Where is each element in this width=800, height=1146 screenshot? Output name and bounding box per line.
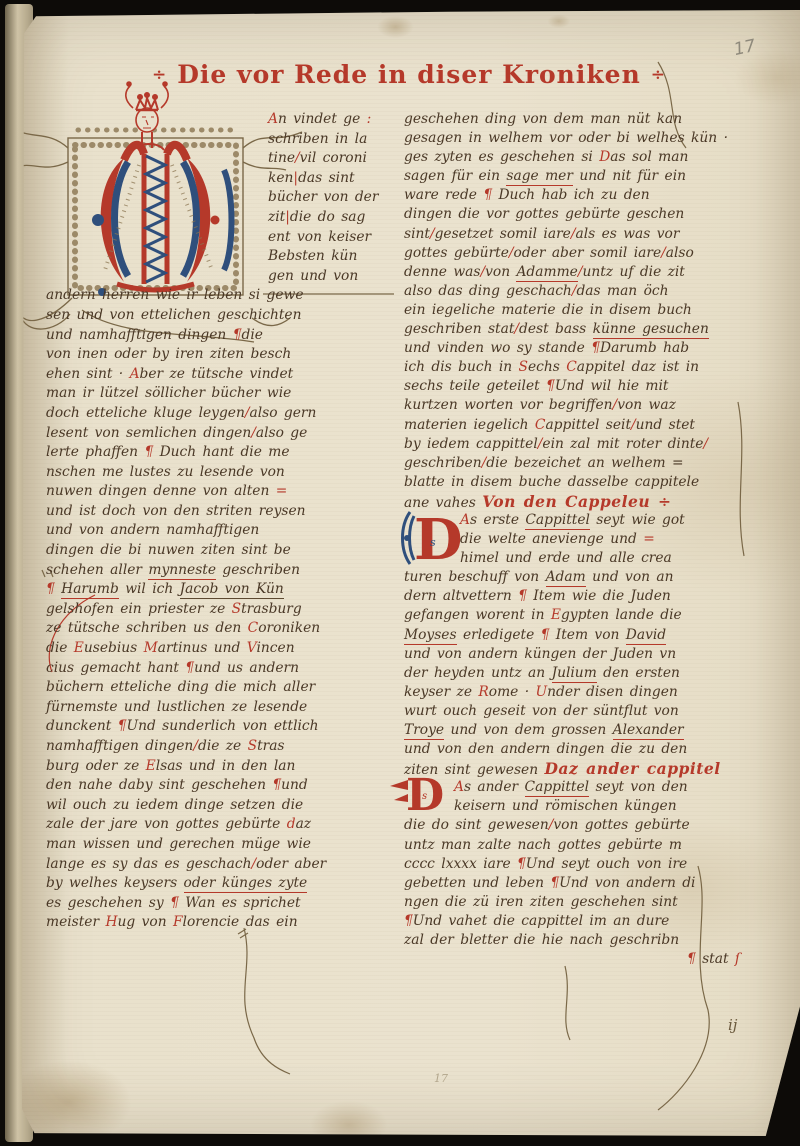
text-line: dingen die vor gottes gebürte geschen (404, 205, 754, 224)
red-ink-mark: S (232, 601, 241, 617)
red-ink-mark: ¶ (185, 660, 194, 676)
text-line: und vinden wo sy stande ¶Darumb hab (404, 339, 754, 358)
red-ink-mark: ¶ (541, 627, 550, 643)
text-line: turen beschuff von Adam und von an (404, 568, 754, 587)
rubric-heading: Daz ander cappitel (544, 759, 720, 778)
text-line: geschriben/die bezeichet an welhem = (404, 454, 754, 473)
red-underlined-name: David (626, 627, 666, 645)
text-line: andern herren wie ir leben si gewe (46, 286, 398, 306)
text-line: also das ding geschach/das man öch (404, 282, 754, 301)
text-line: die Eusebius Martinus und Vincen (46, 639, 398, 659)
text-line: burg oder ze Elsas und in den lan (46, 757, 398, 777)
text-line: denne was/von Adamme/untz uf die zit (404, 263, 754, 282)
text-line: lesent von semlichen dingen/also ge (46, 424, 398, 444)
red-ink-mark: | (293, 170, 298, 186)
red-ink-mark: / (480, 264, 485, 280)
text-line: geschriben stat/dest bass künne gesuchen (404, 320, 754, 339)
text-line: tine/vil coroni (268, 149, 398, 169)
red-ink-mark: ¶ (518, 588, 527, 604)
text-line: zale der jare von gottes gebürte daz (46, 815, 398, 835)
text-line: An vindet ge : (268, 110, 398, 130)
text-line: schehen aller mynneste geschriben (46, 561, 398, 581)
text-line: bücher von der (268, 188, 398, 208)
red-ink-mark: / (571, 226, 576, 242)
text-line: der heyden untz an Julium den ersten (404, 664, 754, 683)
text-line: büchern etteliche ding die mich aller (46, 678, 398, 698)
text-line: wurt ouch geseit von der süntflut von (404, 702, 754, 721)
text-line: man ir lützel söllicher bücher wie (46, 384, 398, 404)
red-ink-mark: S (248, 738, 257, 754)
text-line: ze tütsche schriben us den Coroniken (46, 619, 398, 639)
text-line: cccc lxxxx iare ¶Und seyt ouch von ire (404, 855, 754, 874)
text-line: Moyses erledigete ¶ Item von David (404, 626, 754, 645)
red-ink-mark: / (482, 455, 487, 471)
red-ink-mark: / (572, 283, 577, 299)
text-line: die do sint gewesen/von gottes gebürte (404, 816, 754, 835)
red-ink-mark: ¶ (170, 895, 179, 911)
red-ink-mark: C (248, 620, 259, 636)
text-line: ¶ stat ſ (404, 950, 754, 969)
text-line: nuwen dingen denne von alten = (46, 482, 398, 502)
text-line: himel und erde und alle crea (460, 549, 754, 568)
red-underlined-name: oder künges zyte (184, 875, 308, 893)
text-column-right: geschehen ding von dem man nüt kangesage… (404, 110, 754, 969)
red-ink-mark: ¶ (272, 777, 281, 793)
text-line: ein iegeliche materie die in disem buch (404, 301, 754, 320)
red-ink-mark: ¶ (233, 327, 242, 343)
red-ink-mark: / (578, 264, 583, 280)
text-line: keisern und römischen küngen (454, 797, 754, 816)
text-line: von inen oder by iren ziten besch (46, 345, 398, 365)
red-ink-mark: F (173, 914, 183, 930)
red-underlined-name: Adamme (516, 264, 577, 282)
text-line: wil ouch zu iedem dinge setzen die (46, 796, 398, 816)
red-ink-mark: / (703, 436, 708, 452)
red-ink-mark: ¶ (404, 913, 413, 929)
text-line: geschehen ding von dem man nüt kan (404, 110, 754, 129)
text-line: und namhafftigen dingen ¶die (46, 326, 398, 346)
red-underlined-name: Adam (546, 569, 586, 587)
red-ink-mark: A (268, 111, 278, 127)
text-line: by iedem cappittel/ein zal mit roter din… (404, 435, 754, 454)
text-line: untz man zalte nach gottes gebürte m (404, 836, 754, 855)
red-ink-mark: / (251, 856, 256, 872)
red-ink-mark: A (130, 366, 140, 382)
red-ink-mark: V (247, 640, 257, 656)
text-column-left: An vindet ge :schriben in latine/vil cor… (46, 110, 398, 933)
text-line: und von andern namhafftigen (46, 521, 398, 541)
text-line: ngen die zü iren ziten geschehen sint (404, 893, 754, 912)
red-ink-mark: A (454, 779, 464, 795)
text-line: nschen me lustes zu lesende von (46, 463, 398, 483)
red-ink-mark: ¶ (144, 444, 153, 460)
red-ink-mark: D (599, 149, 610, 165)
red-underlined-name: Troye (404, 722, 444, 740)
text-line: keyser ze Rome · Under disen dingen (404, 683, 754, 702)
text-line: man wissen und gerechen müge wie (46, 835, 398, 855)
text-line: ane vahes Von den Cappeleu ÷ (404, 492, 754, 511)
text-line: ehen sint · Aber ze tütsche vindet (46, 365, 398, 385)
red-ink-mark: E (74, 640, 84, 656)
text-line: dern altvettern ¶ Item wie die Juden (404, 587, 754, 606)
text-line: ges zyten es geschehen si Das sol man (404, 148, 754, 167)
red-underlined-name: Harumb (61, 581, 119, 599)
red-ink-mark: / (631, 417, 636, 433)
red-underlined-name: mynneste (148, 562, 216, 580)
underlined-name: Jacob von Kün (180, 581, 284, 599)
text-line: ware rede ¶ Duch hab ich zu den (404, 186, 754, 205)
red-ink-mark: = (276, 483, 288, 499)
text-line: by welhes keysers oder künges zyte (46, 874, 398, 894)
red-ink-mark: d (287, 816, 296, 832)
red-ink-mark: / (613, 397, 618, 413)
text-line: und von den andern dingen die zu den (404, 740, 754, 759)
quire-mark: ij (728, 1016, 737, 1034)
red-ink-mark: ¶ (517, 856, 526, 872)
red-ink-mark: / (295, 150, 300, 166)
red-ink-mark: E (146, 758, 156, 774)
rubric-heading: Von den Cappeleu ÷ (482, 492, 671, 511)
text-line: den nahe daby sint geschehen ¶und (46, 776, 398, 796)
red-ink-mark: S (519, 359, 528, 375)
text-line: meister Hug von Florencie das ein (46, 913, 398, 933)
bottom-folio-mark: 17 (434, 1072, 448, 1085)
red-ink-mark: ſ (735, 951, 740, 967)
red-underlined-name: Cappittel (525, 512, 590, 530)
text-line: und von andern küngen der Juden vn (404, 645, 754, 664)
red-ink-mark: / (193, 738, 198, 754)
text-line: gen und von (268, 267, 398, 287)
text-line: fürnemste und lustlichen ze lesende (46, 698, 398, 718)
red-ink-mark: / (549, 817, 554, 833)
red-underlined-name: Moyses (404, 627, 457, 645)
manuscript-page: ÷Die vor Rede in diser Kroniken÷ 17 (22, 10, 800, 1136)
red-ink-mark: / (661, 245, 666, 261)
red-ink-mark: R (478, 684, 488, 700)
red-ink-mark: C (566, 359, 577, 375)
manuscript-photo: { "folio": {"number": "17", "quire_mark"… (0, 0, 800, 1146)
text-line: gottes gebürte/oder aber somil iare/also (404, 244, 754, 263)
red-ink-mark: ¶ (46, 581, 55, 597)
text-line: namhafftigen dingen/die ze Stras (46, 737, 398, 757)
text-line: ¶ Harumb wil ich Jacob von Kün (46, 580, 398, 600)
text-line: ziten sint gewesen Daz ander cappitel (404, 759, 754, 778)
red-underlined-name: Alexander (613, 722, 684, 740)
red-ink-mark: ¶ (591, 340, 600, 356)
text-line: blatte in disem buche dasselbe cappitele (404, 473, 754, 492)
red-underlined-name: Cappittel (525, 779, 590, 797)
red-ink-mark: = (643, 531, 655, 547)
text-line: ken|das sint (268, 169, 398, 189)
text-line: gelshofen ein priester ze Strasburg (46, 600, 398, 620)
text-line: ich dis buch in Sechs Cappitel daz ist i… (404, 358, 754, 377)
text-line: Troye und von dem grossen Alexander (404, 721, 754, 740)
text-line: dingen die bi nuwen ziten sint be (46, 541, 398, 561)
red-ink-mark: E (551, 607, 561, 623)
red-underlined-name: künne gesuchen (593, 321, 709, 339)
text-line: kurtzen worten vor begriffen/von waz (404, 396, 754, 415)
text-line: materien iegelich Cappittel seit/und ste… (404, 416, 754, 435)
red-ink-mark: / (245, 405, 250, 421)
red-underlined-name: sage mer (506, 168, 573, 186)
text-line: sen und von ettelichen geschichten (46, 306, 398, 326)
red-ink-mark: : (367, 111, 372, 127)
red-ink-mark: ¶ (483, 187, 492, 203)
red-ink-mark: ¶ (550, 875, 559, 891)
text-line: zal der bletter die hie nach geschribn (404, 931, 754, 950)
text-line: doch etteliche kluge leygen/also gern (46, 404, 398, 424)
text-line: gesagen in welhem vor oder bi welhes kün… (404, 129, 754, 148)
text-line: die welte anevienge und = (460, 530, 754, 549)
red-ink-mark: / (514, 321, 519, 337)
text-line: lerte phaffen ¶ Duch hant die me (46, 443, 398, 463)
red-ink-mark: A (460, 512, 470, 528)
red-ink-mark: ¶ (118, 718, 127, 734)
red-ink-mark: / (509, 245, 514, 261)
red-ink-mark: / (430, 226, 435, 242)
text-line: gebetten und leben ¶Und von andern di (404, 874, 754, 893)
text-line: zit|die do sag (268, 208, 398, 228)
text-line: gefangen worent in Egypten lande die (404, 606, 754, 625)
red-ink-mark: / (251, 425, 256, 441)
text-line: und ist doch von den striten reysen (46, 502, 398, 522)
text-line: sint/gesetzet somil iare/als es was vor (404, 225, 754, 244)
text-line: As ander Cappittel seyt von den (454, 778, 754, 797)
text-line: As erste Cappittel seyt wie got (460, 511, 754, 530)
text-line: lange es sy das es geschach/oder aber (46, 855, 398, 875)
red-ink-mark: H (105, 914, 117, 930)
text-line: dunckent ¶Und sunderlich von ettlich (46, 717, 398, 737)
text-line: ¶Und vahet die cappittel im an dure (404, 912, 754, 931)
text-line: ent von keiser (268, 228, 398, 248)
red-ink-mark: ¶ (687, 951, 696, 967)
red-ink-mark: / (538, 436, 543, 452)
red-ink-mark: ¶ (546, 378, 555, 394)
text-line: sechs teile geteilet ¶Und wil hie mit (404, 377, 754, 396)
text-line: Bebsten kün (268, 247, 398, 267)
red-ink-mark: | (285, 209, 290, 225)
red-ink-mark: U (535, 684, 547, 700)
red-ink-mark: C (535, 417, 546, 433)
text-line: es geschehen sy ¶ Wan es sprichet (46, 894, 398, 914)
red-underlined-name: Julium (552, 665, 597, 683)
text-line: schriben in la (268, 130, 398, 150)
text-line: sagen für ein sage mer und nit für ein (404, 167, 754, 186)
red-ink-mark: M (144, 640, 158, 656)
text-line: cius gemacht hant ¶und us andern (46, 659, 398, 679)
